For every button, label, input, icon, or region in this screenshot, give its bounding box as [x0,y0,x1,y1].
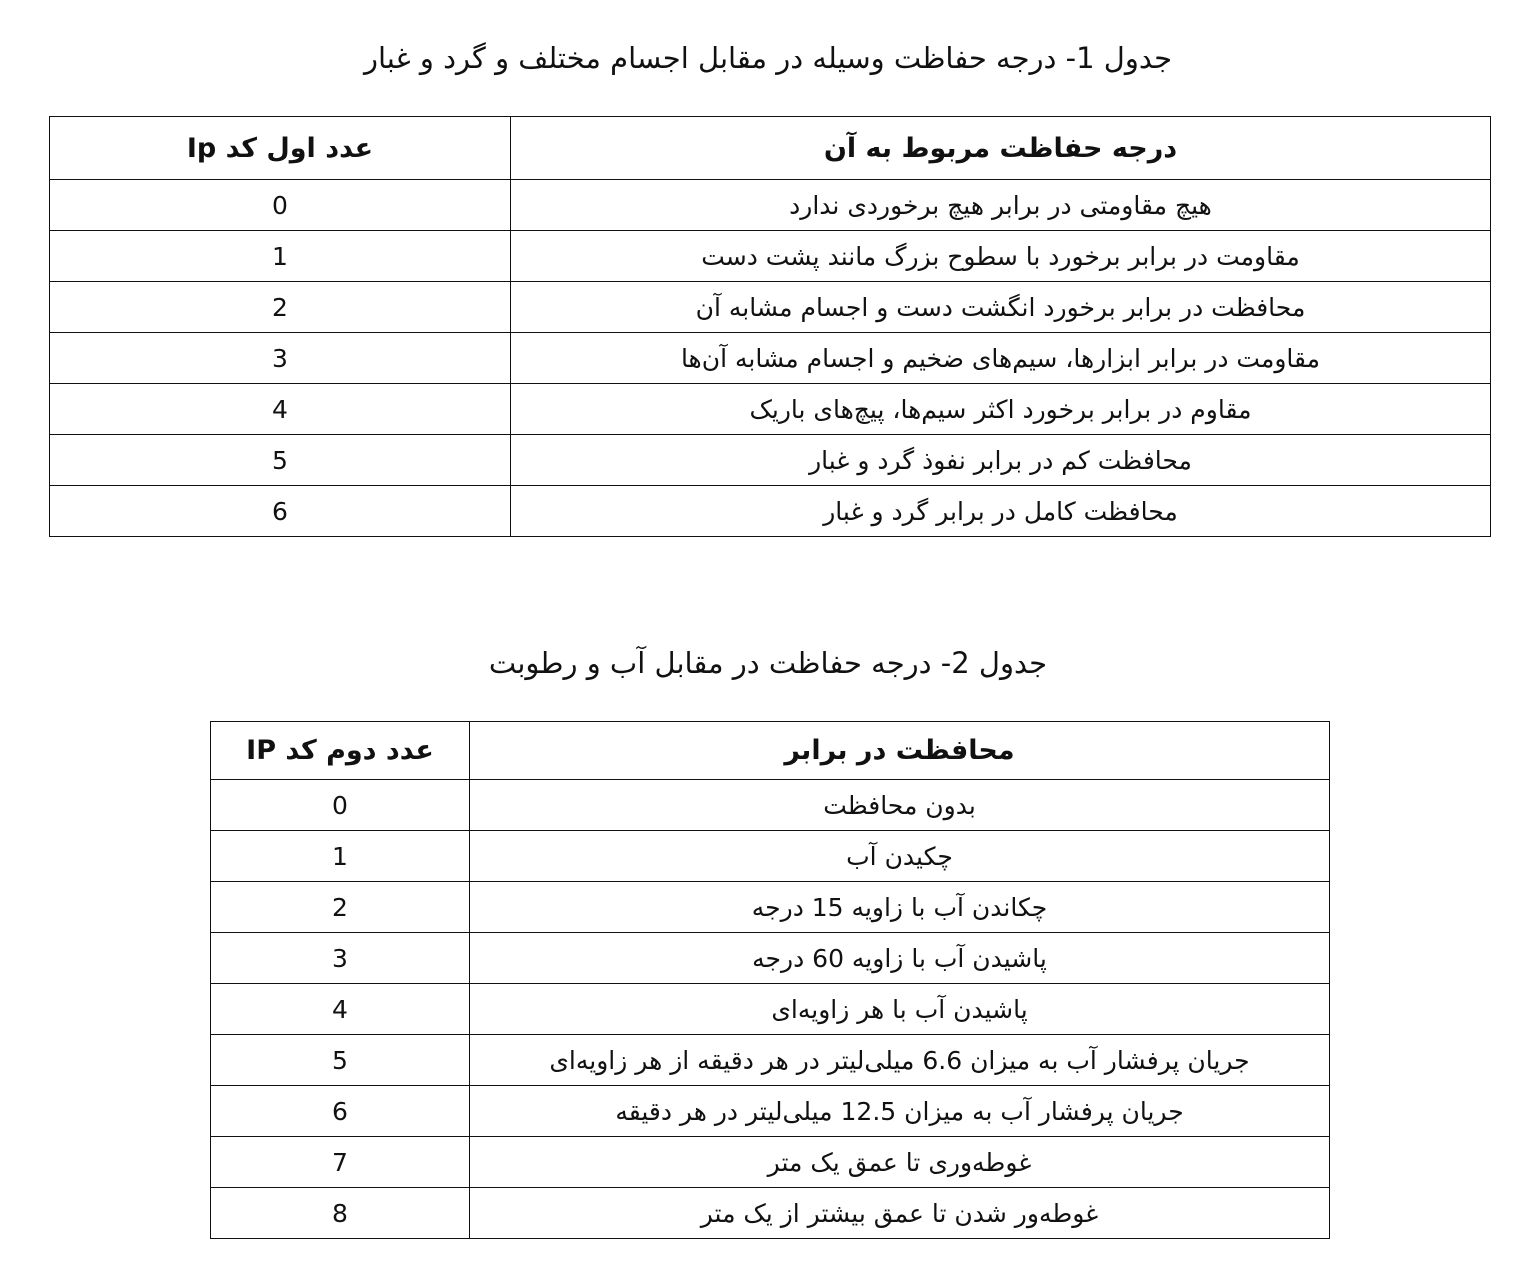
table-row: جریان پرفشار آب به میزان 6.6 میلی‌لیتر د… [211,1035,1330,1086]
cell-code: 3 [211,933,470,984]
cell-description: چکاندن آب با زاویه 15 درجه [470,882,1330,933]
cell-description: پاشیدن آب با هر زاویه‌ای [470,984,1330,1035]
table-row: مقاوم در برابر برخورد اکثر سیم‌ها، پیچ‌ه… [50,384,1491,435]
table-row: پاشیدن آب با زاویه 60 درجه 3 [211,933,1330,984]
table-row: مقاومت در برابر ابزارها، سیم‌های ضخیم و … [50,333,1491,384]
table-row: چکاندن آب با زاویه 15 درجه 2 [211,882,1330,933]
cell-code: 0 [211,780,470,831]
cell-description: هیچ مقاومتی در برابر هیچ برخوردی ندارد [511,180,1491,231]
cell-code: 6 [50,486,511,537]
cell-code: 3 [50,333,511,384]
cell-description: غوطه‌ور شدن تا عمق بیشتر از یک متر [470,1188,1330,1239]
cell-code: 4 [50,384,511,435]
table-row: محافظت در برابر برخورد انگشت دست و اجسام… [50,282,1491,333]
table-header-row: محافظت در برابر عدد دوم کد IP [211,722,1330,780]
header-description: محافظت در برابر [470,722,1330,780]
cell-code: 1 [211,831,470,882]
cell-description: چکیدن آب [470,831,1330,882]
header-code: عدد اول کد Ip [50,117,511,180]
cell-code: 2 [211,882,470,933]
table-row: غوطه‌وری تا عمق یک متر 7 [211,1137,1330,1188]
cell-description: مقاومت در برابر برخورد با سطوح بزرگ مانن… [511,231,1491,282]
table-row: هیچ مقاومتی در برابر هیچ برخوردی ندارد 0 [50,180,1491,231]
cell-code: 0 [50,180,511,231]
cell-description: محافظت کامل در برابر گرد و غبار [511,486,1491,537]
cell-description: بدون محافظت [470,780,1330,831]
table-row: چکیدن آب 1 [211,831,1330,882]
cell-description: مقاومت در برابر ابزارها، سیم‌های ضخیم و … [511,333,1491,384]
table-2-caption: جدول 2- درجه حفاظت در مقابل آب و رطوبت [0,643,1536,683]
cell-description: جریان پرفشار آب به میزان 6.6 میلی‌لیتر د… [470,1035,1330,1086]
table-row: مقاومت در برابر برخورد با سطوح بزرگ مانن… [50,231,1491,282]
cell-description: جریان پرفشار آب به میزان 12.5 میلی‌لیتر … [470,1086,1330,1137]
cell-code: 4 [211,984,470,1035]
ip-first-digit-table: درجه حفاظت مربوط به آن عدد اول کد Ip هیچ… [49,116,1491,537]
cell-code: 5 [50,435,511,486]
table-row: محافظت کامل در برابر گرد و غبار 6 [50,486,1491,537]
cell-code: 2 [50,282,511,333]
table-row: پاشیدن آب با هر زاویه‌ای 4 [211,984,1330,1035]
cell-code: 1 [50,231,511,282]
table-row: جریان پرفشار آب به میزان 12.5 میلی‌لیتر … [211,1086,1330,1137]
cell-description: محافظت کم در برابر نفوذ گرد و غبار [511,435,1491,486]
table-row: غوطه‌ور شدن تا عمق بیشتر از یک متر 8 [211,1188,1330,1239]
table-row: بدون محافظت 0 [211,780,1330,831]
cell-description: غوطه‌وری تا عمق یک متر [470,1137,1330,1188]
header-description: درجه حفاظت مربوط به آن [511,117,1491,180]
cell-code: 8 [211,1188,470,1239]
cell-code: 5 [211,1035,470,1086]
cell-code: 7 [211,1137,470,1188]
table-1-caption: جدول 1- درجه حفاظت وسیله در مقابل اجسام … [0,38,1536,78]
table-header-row: درجه حفاظت مربوط به آن عدد اول کد Ip [50,117,1491,180]
cell-description: مقاوم در برابر برخورد اکثر سیم‌ها، پیچ‌ه… [511,384,1491,435]
header-code: عدد دوم کد IP [211,722,470,780]
cell-code: 6 [211,1086,470,1137]
cell-description: محافظت در برابر برخورد انگشت دست و اجسام… [511,282,1491,333]
table-row: محافظت کم در برابر نفوذ گرد و غبار 5 [50,435,1491,486]
cell-description: پاشیدن آب با زاویه 60 درجه [470,933,1330,984]
ip-second-digit-table: محافظت در برابر عدد دوم کد IP بدون محافظ… [210,721,1330,1239]
